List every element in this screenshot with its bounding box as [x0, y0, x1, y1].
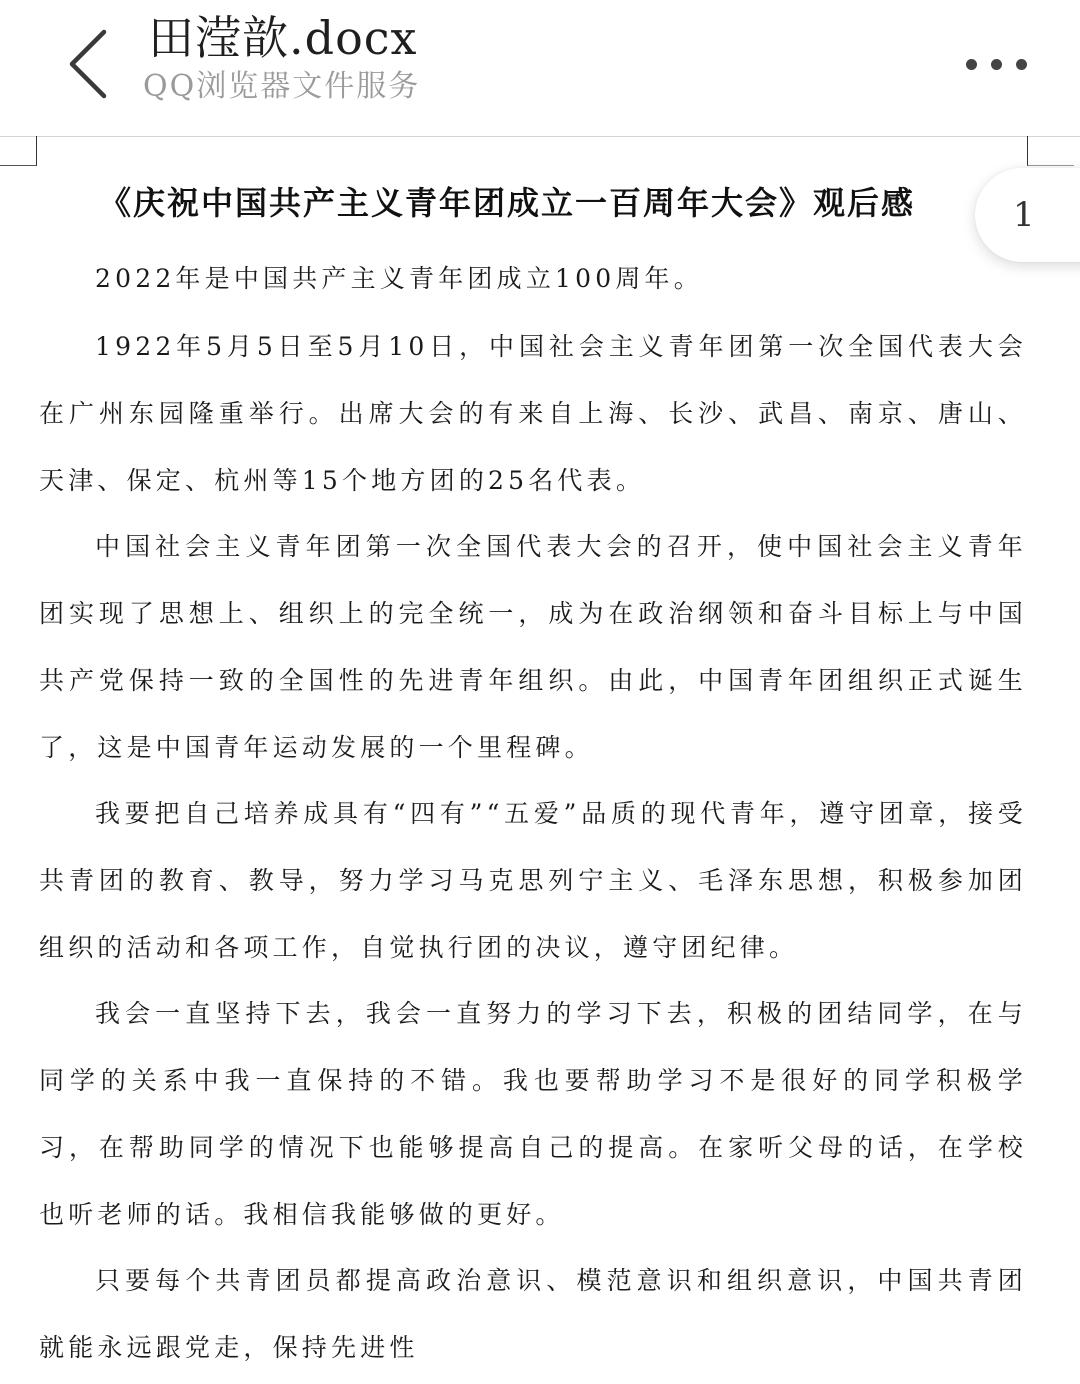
back-button[interactable]: [60, 26, 120, 102]
file-service-subtitle: QQ浏览器文件服务: [143, 66, 420, 108]
page-crop-mark-left: [0, 136, 37, 166]
more-horizontal-icon: [966, 59, 977, 70]
more-options-button[interactable]: [956, 46, 1036, 82]
page-number: 1: [1013, 195, 1035, 235]
file-title: 田滢歆.docx: [148, 8, 417, 68]
document-title: 《庆祝中国共产主义青年团成立一百周年大会》观后感: [99, 178, 1019, 228]
top-app-bar: 田滢歆.docx QQ浏览器文件服务: [0, 0, 1080, 137]
chevron-left-icon: [60, 26, 120, 102]
paragraph: 只要每个共青团员都提高政治意识、模范意识和组织意识，中国共青团就能永远跟党走，保…: [39, 1247, 1027, 1381]
more-horizontal-icon: [1016, 59, 1027, 70]
page-number-indicator[interactable]: 1: [975, 168, 1080, 262]
paragraph: 我会一直坚持下去，我会一直努力的学习下去，积极的团结同学，在与同学的关系中我一直…: [39, 980, 1027, 1248]
paragraph: 1922年5月5日至5月10日，中国社会主义青年团第一次全国代表大会在广州东园隆…: [39, 313, 1027, 514]
paragraph: 我要把自己培养成具有“四有”“五爱”品质的现代青年，遵守团章，接受共青团的教育、…: [39, 780, 1027, 981]
paragraph: 中国社会主义青年团第一次全国代表大会的召开，使中国社会主义青年团实现了思想上、组…: [39, 513, 1027, 781]
paragraph: 2022年是中国共产主义青年团成立100周年。: [39, 245, 1027, 312]
more-horizontal-icon: [991, 59, 1002, 70]
page-crop-mark-right: [1027, 136, 1074, 166]
